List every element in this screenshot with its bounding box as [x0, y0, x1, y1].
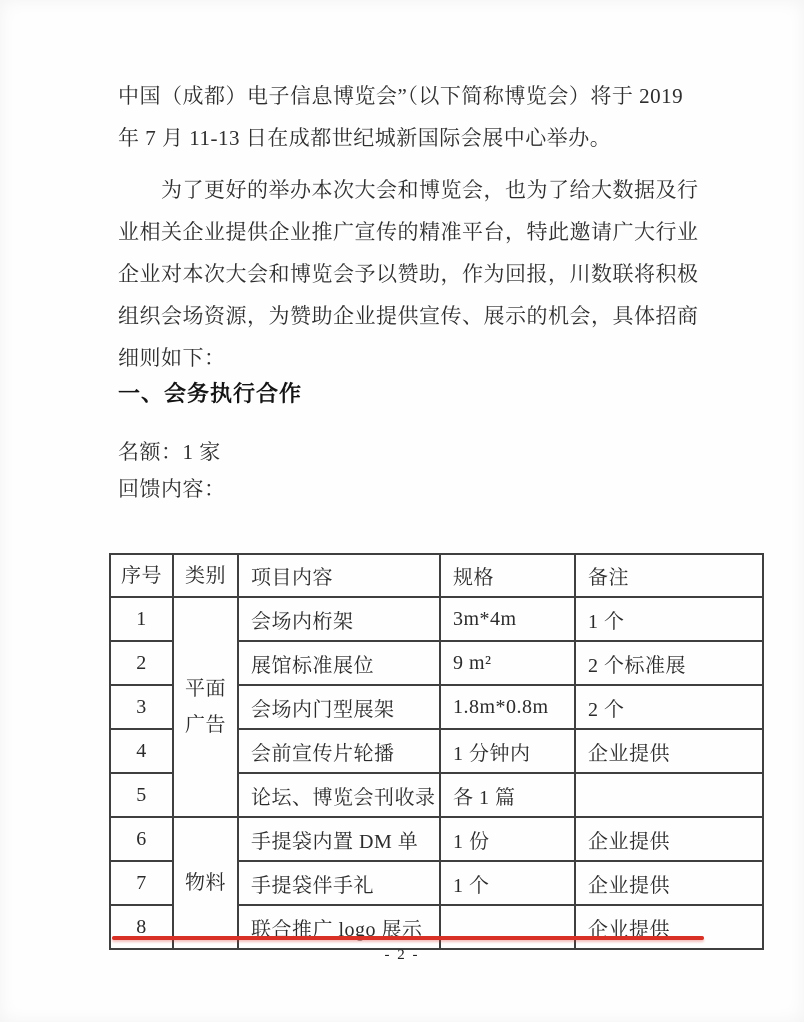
cell-item: 手提袋伴手礼 — [238, 861, 440, 905]
cell-spec: 9 m² — [440, 641, 575, 685]
cell-note: 企业提供 — [575, 729, 763, 773]
cell-item: 手提袋内置 DM 单 — [238, 817, 440, 861]
quota-line: 名额：1 家 — [118, 431, 696, 473]
intro-line-1: 中国（成都）电子信息博览会”（以下简称博览会）将于 2019 — [118, 75, 696, 117]
invite-line-4: 组织会场资源，为赞助企业提供宣传、展示的机会，具体招商 — [118, 295, 696, 337]
cell-note: 1 个 — [575, 597, 763, 641]
cell-seq: 2 — [110, 641, 173, 685]
cell-spec: 1.8m*0.8m — [440, 685, 575, 729]
cell-spec: 3m*4m — [440, 597, 575, 641]
cell-item: 联合推广 logo 展示 — [238, 905, 440, 949]
cell-seq: 8 — [110, 905, 173, 949]
cell-seq: 7 — [110, 861, 173, 905]
sponsor-table: 序号 类别 项目内容 规格 备注 1 平面广告 会场内桁架 3m*4m 1 个 … — [109, 553, 764, 950]
cell-item: 会前宣传片轮播 — [238, 729, 440, 773]
cell-note: 企业提供 — [575, 905, 763, 949]
page-number: - 2 - — [0, 947, 804, 964]
cell-spec: 1 个 — [440, 861, 575, 905]
cell-category-materials: 物料 — [173, 817, 238, 949]
red-underline — [112, 936, 704, 940]
intro-line-2: 年 7 月 11-13 日在成都世纪城新国际会展中心举办。 — [118, 117, 696, 159]
invite-line-3: 企业对本次大会和博览会予以赞助，作为回报，川数联将积极 — [118, 253, 696, 295]
header-cell-seq: 序号 — [110, 554, 173, 597]
cell-spec: 各 1 篇 — [440, 773, 575, 817]
table-row: 1 平面广告 会场内桁架 3m*4m 1 个 — [110, 597, 763, 641]
cell-category-plane-ads: 平面广告 — [173, 597, 238, 817]
cell-seq: 4 — [110, 729, 173, 773]
invite-line-2: 业相关企业提供企业推广宣传的精准平台，特此邀请广大行业 — [118, 211, 696, 253]
invite-line-1: 为了更好的举办本次大会和博览会，也为了给大数据及行 — [118, 169, 739, 211]
cell-spec — [440, 905, 575, 949]
cell-note: 2 个标准展 — [575, 641, 763, 685]
cell-seq: 5 — [110, 773, 173, 817]
cell-note — [575, 773, 763, 817]
table-row: 6 物料 手提袋内置 DM 单 1 份 企业提供 — [110, 817, 763, 861]
table-header-row: 序号 类别 项目内容 规格 备注 — [110, 554, 763, 597]
cell-note: 2 个 — [575, 685, 763, 729]
cell-spec: 1 分钟内 — [440, 729, 575, 773]
cell-seq: 3 — [110, 685, 173, 729]
document-page: 中国（成都）电子信息博览会”（以下简称博览会）将于 2019 年 7 月 11-… — [0, 0, 804, 1022]
header-cell-spec: 规格 — [440, 554, 575, 597]
header-cell-item: 项目内容 — [238, 554, 440, 597]
cell-seq: 6 — [110, 817, 173, 861]
cell-note: 企业提供 — [575, 861, 763, 905]
cell-note: 企业提供 — [575, 817, 763, 861]
cell-item: 会场内门型展架 — [238, 685, 440, 729]
cell-item: 论坛、博览会刊收录 — [238, 773, 440, 817]
cell-seq: 1 — [110, 597, 173, 641]
feedback-line: 回馈内容： — [118, 468, 696, 510]
header-cell-category: 类别 — [173, 554, 238, 597]
cell-item: 展馆标准展位 — [238, 641, 440, 685]
cell-spec: 1 份 — [440, 817, 575, 861]
cell-item: 会场内桁架 — [238, 597, 440, 641]
header-cell-note: 备注 — [575, 554, 763, 597]
section-heading: 一、会务执行合作 — [118, 373, 696, 415]
